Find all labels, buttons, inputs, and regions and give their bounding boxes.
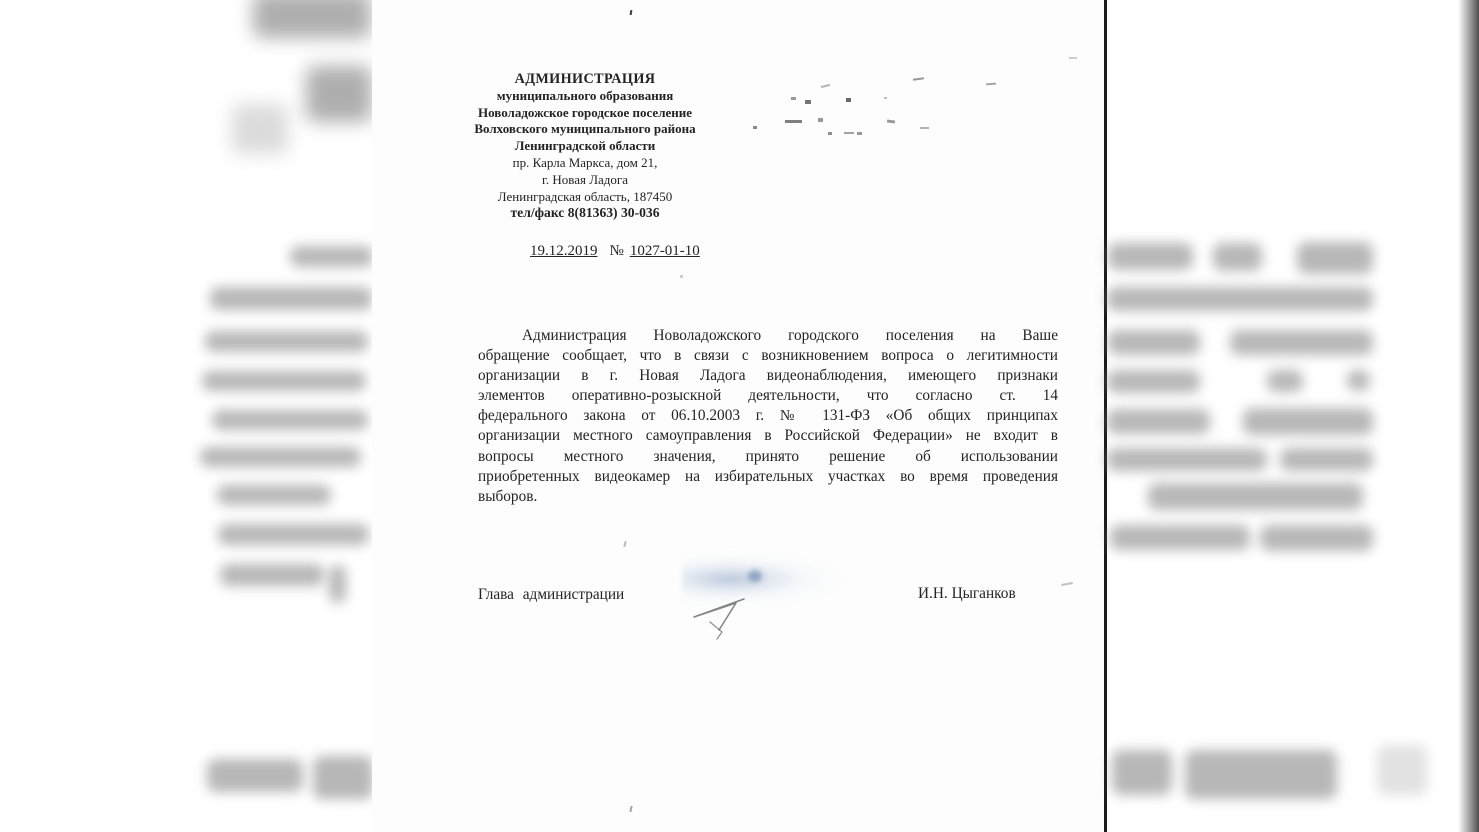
speck [828, 132, 832, 135]
body-line: вопросы местного значения, принято решен… [478, 447, 1058, 467]
speck [1061, 582, 1073, 586]
blur-text-line [1107, 448, 1267, 471]
blur-text-line [1280, 448, 1373, 471]
blur-signature-name [1185, 750, 1337, 799]
signature-scribble [686, 591, 750, 643]
speck [887, 119, 895, 123]
blur-text-line [220, 564, 324, 586]
blur-header-fragment [306, 66, 372, 122]
blur-text-line [1213, 243, 1262, 271]
speck [1069, 57, 1077, 59]
blur-text-line [1148, 483, 1363, 510]
letter-body: Администрация Новоладожского городского … [478, 326, 1058, 507]
blur-text-line [1260, 525, 1373, 551]
blur-header-fragment [253, 0, 371, 38]
body-line: элементов оперативно-розыскной деятельно… [478, 386, 1058, 406]
body-line: приобретенных видеокамер на избирательны… [478, 467, 1058, 487]
speck [920, 127, 929, 129]
signer-title: Глава администрации [478, 586, 624, 604]
blur-header-fragment [232, 104, 288, 154]
blur-text-line [1107, 370, 1200, 393]
address-line: Ленинградская область, 187450 [400, 189, 770, 206]
body-line: организации в г. Новая Ладога видеонаблю… [478, 366, 1058, 386]
scanned-letter: АДМИНИСТРАЦИЯ муниципального образования… [372, 0, 1105, 832]
blur-text-line [202, 371, 366, 391]
blur-text-line [1347, 370, 1370, 391]
speck [629, 806, 632, 812]
video-frame: АДМИНИСТРАЦИЯ муниципального образования… [0, 0, 1479, 832]
blur-text-line [200, 447, 361, 467]
phone-line: тел/факс 8(81363) 30-036 [400, 205, 770, 222]
speck [846, 98, 851, 102]
blur-text-line [1107, 409, 1210, 434]
speck [857, 132, 862, 135]
speck [623, 541, 626, 547]
address-line: пр. Карла Маркса, дом 21, [400, 155, 770, 172]
screen-edge-shade [1458, 0, 1479, 832]
date-number-row: 19.12.2019№1027-01-10 [530, 243, 700, 260]
blur-text-line [218, 524, 369, 545]
blur-text-fragment [329, 565, 346, 603]
org-name-line: муниципального образования [400, 88, 770, 105]
speck [753, 126, 757, 129]
org-name-line: Ленинградской области [400, 138, 770, 155]
signer-name: И.Н. Цыганков [918, 585, 1016, 603]
body-line: обращение сообщает, что в связи с возник… [478, 346, 1058, 366]
blur-text-line [290, 246, 373, 267]
blur-text-line [1267, 370, 1303, 392]
blur-text-line [1107, 287, 1373, 311]
speck [986, 83, 996, 86]
address-line: г. Новая Ладога [400, 172, 770, 189]
blur-text-line [217, 485, 331, 505]
speck [913, 77, 924, 81]
blur-text-line [210, 287, 372, 310]
blur-text-line [1110, 525, 1250, 550]
blur-signature-title [207, 759, 303, 792]
speck [821, 84, 830, 88]
blur-text-line [1108, 243, 1193, 270]
blur-text-line [1243, 408, 1373, 435]
speck [785, 120, 802, 123]
blur-text-line [1230, 330, 1373, 355]
blur-text-line [1108, 330, 1200, 355]
speck [680, 275, 683, 278]
speck [884, 97, 887, 99]
blur-signature-name [1112, 750, 1172, 795]
blur-signature-title [313, 756, 373, 799]
letterhead: АДМИНИСТРАЦИЯ муниципального образования… [400, 71, 770, 222]
blur-text-line [212, 410, 368, 430]
org-name-line: Волховского муниципального района [400, 121, 770, 138]
blur-text-line [1297, 242, 1373, 274]
speck [844, 132, 854, 134]
speck [805, 100, 811, 104]
body-line: организации местного самоуправления в Ро… [478, 426, 1058, 446]
org-name-line: АДМИНИСТРАЦИЯ [400, 71, 770, 88]
org-name-line: Новоладожское городское поселение [400, 105, 770, 122]
body-line: Администрация Новоладожского городского … [478, 326, 1058, 346]
speck [818, 118, 823, 122]
speck [630, 10, 633, 15]
blur-stamp-fragment [1377, 745, 1427, 795]
reference-number: 1027-01-10 [630, 243, 700, 259]
blur-text-line [205, 331, 368, 352]
number-sign: № [610, 243, 624, 259]
letter-date: 19.12.2019 [530, 243, 598, 259]
body-line: выборов. [478, 487, 1058, 507]
speck [791, 97, 796, 100]
body-line: федерального закона от 06.10.2003 г. № 1… [478, 406, 1058, 426]
blue-ink-smudge-core [748, 570, 762, 582]
